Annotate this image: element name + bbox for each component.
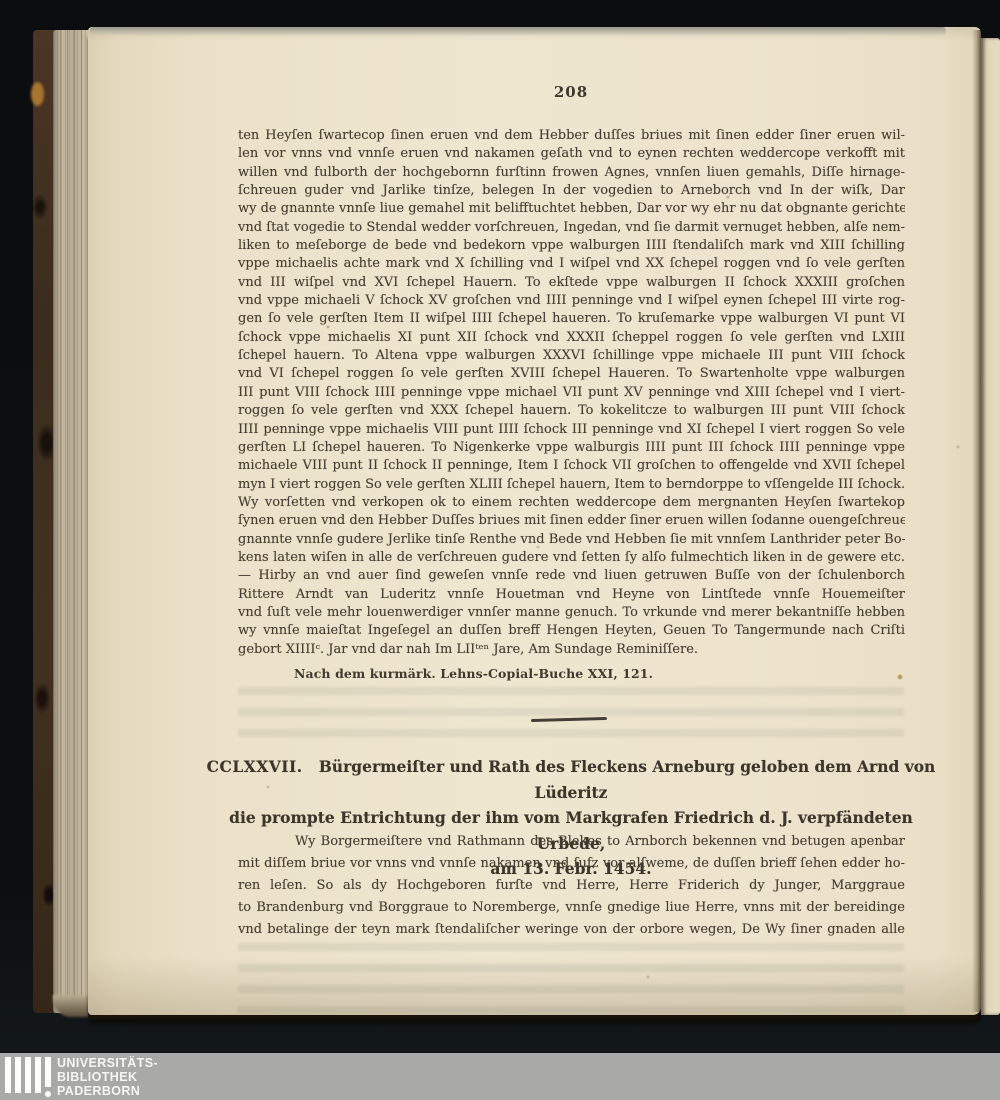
- text-line: vnd VI ſchepel roggen ſo vele gerſten XV…: [238, 365, 905, 383]
- logo-bar: [15, 1057, 21, 1093]
- text-line: Wy Borgermeiſtere vnd Rathmann des Bleke…: [238, 831, 905, 853]
- text-line: len vor vnns vnd vnnſe eruen vnd nakamen…: [238, 145, 905, 163]
- logo-bar: [25, 1057, 31, 1093]
- text-line: kens laten wiſen in alle de verſchreuen …: [238, 549, 905, 567]
- next-page-edge: [981, 38, 1000, 1015]
- document-number: CCLXXVII.: [207, 757, 303, 776]
- section-divider-rule: [531, 717, 607, 722]
- text-line: willen vnd fulborth der hochgebornn furſ…: [238, 164, 905, 182]
- text-line: gen ſo vele gerſten Item II wiſpel IIII …: [238, 310, 905, 328]
- page-top-edge: [90, 27, 946, 36]
- text-line: ſynen eruen vnd den Hebber Duſſes briues…: [238, 512, 905, 530]
- document-cclxxvi-text: ten Heyſen ſwartecop ſinen eruen vnd dem…: [238, 127, 905, 659]
- text-line: gerſten LI ſchepel haueren. To Nigenkerk…: [238, 439, 905, 457]
- logo-dot: [45, 1091, 51, 1097]
- text-line: to Brandenburg vnd Borggraue to Norember…: [238, 897, 905, 919]
- text-line: ſchreuen guder vnd Jarlike tinſze, beleg…: [238, 182, 905, 200]
- show-through-text: [238, 943, 904, 1015]
- text-line: — Hirby an vnd auer ſind geweſen vnnſe r…: [238, 567, 905, 585]
- text-line: michaele VIII punt II ſchock II penninge…: [238, 457, 905, 475]
- text-line: Wy vorſetten vnd verkopen ok to einem re…: [238, 494, 905, 512]
- text-line: wy vnnſe maieſtat Ingeſegel an duſſen br…: [238, 622, 905, 640]
- text-line: gnannte vnnſe gudere Jerlike tinſe Renth…: [238, 531, 905, 549]
- text-line: IIII penninge vppe michaelis VIII punt I…: [238, 421, 905, 439]
- text-line: vnd ſuſt vele mehr louenwerdiger vnnſer …: [238, 604, 905, 622]
- logo-bar: [45, 1057, 51, 1087]
- library-name: UNIVERSITÄTS- BIBLIOTHEK PADERBORN: [57, 1056, 158, 1098]
- page-number: 208: [238, 83, 904, 101]
- library-banner: UNIVERSITÄTS- BIBLIOTHEK PADERBORN: [0, 1053, 1000, 1100]
- document-cclxxvii-text: Wy Borgermeiſtere vnd Rathmann des Bleke…: [238, 831, 905, 941]
- text-line: vnd vppe michaeli V ſchock XV groſchen v…: [238, 292, 905, 310]
- text-line: gebort XIIIIᶜ. Jar vnd dar nah Im LIIᵗᵉⁿ…: [238, 641, 905, 659]
- logo-bar: [35, 1057, 41, 1093]
- text-line: vnd betalinge der teyn mark ſtendaliſche…: [238, 919, 905, 941]
- text-line: ten Heyſen ſwartecop ſinen eruen vnd dem…: [238, 127, 905, 145]
- text-line: III punt VIII ſchock IIII penninge vppe …: [238, 384, 905, 402]
- text-line: ſchock vppe michaelis XI punt XII ſchock…: [238, 329, 905, 347]
- heading-title-1: Bürgermeiſter und Rath des Fleckens Arne…: [319, 757, 936, 802]
- ub-paderborn-logo-icon: [5, 1057, 55, 1100]
- library-name-line: PADERBORN: [57, 1084, 158, 1098]
- text-line: myn I viert roggen So vele gerſten XLIII…: [238, 476, 905, 494]
- text-line: ren leſen. So als dy Hochgeboren furſte …: [238, 875, 905, 897]
- heading-line-1: CCLXXVII.Bürgermeiſter und Rath des Flec…: [206, 754, 936, 805]
- text-line: ſchepel hauern. To Altena vppe walburgen…: [238, 347, 905, 365]
- scanner-background: 208 ten Heyſen ſwartecop ſinen eruen vnd…: [0, 0, 1000, 1100]
- library-name-line: UNIVERSITÄTS-: [57, 1056, 158, 1070]
- text-line: liken to meſeborge de bede vnd bedekorn …: [238, 237, 905, 255]
- library-name-line: BIBLIOTHEK: [57, 1070, 158, 1084]
- text-line: vppe michaelis achte mark vnd X ſchillin…: [238, 255, 905, 273]
- text-line: wy de gnannte vnnſe liue gemahel mit bel…: [238, 200, 905, 218]
- source-citation: Nach dem kurmärk. Lehns-Copial-Buche XXI…: [294, 666, 653, 681]
- text-line: mit diſſem briue vor vnns vnd vnnſe naka…: [238, 853, 905, 875]
- gutter-crease: [972, 30, 981, 1012]
- text-line: vnd ſtat vogedie to Stendal wedder vorſc…: [238, 219, 905, 237]
- text-line: vnd III wiſpel vnd XVI ſchepel Hauern. T…: [238, 274, 905, 292]
- scanned-book-page: 208 ten Heyſen ſwartecop ſinen eruen vnd…: [88, 27, 981, 1015]
- text-line: roggen ſo vele gerſten vnd XXX ſchepel h…: [238, 402, 905, 420]
- text-line: Rittere Arndt van Luderitz vnnſe Houetma…: [238, 586, 905, 604]
- logo-bar: [5, 1057, 11, 1093]
- cover-damage-spot: [31, 82, 44, 106]
